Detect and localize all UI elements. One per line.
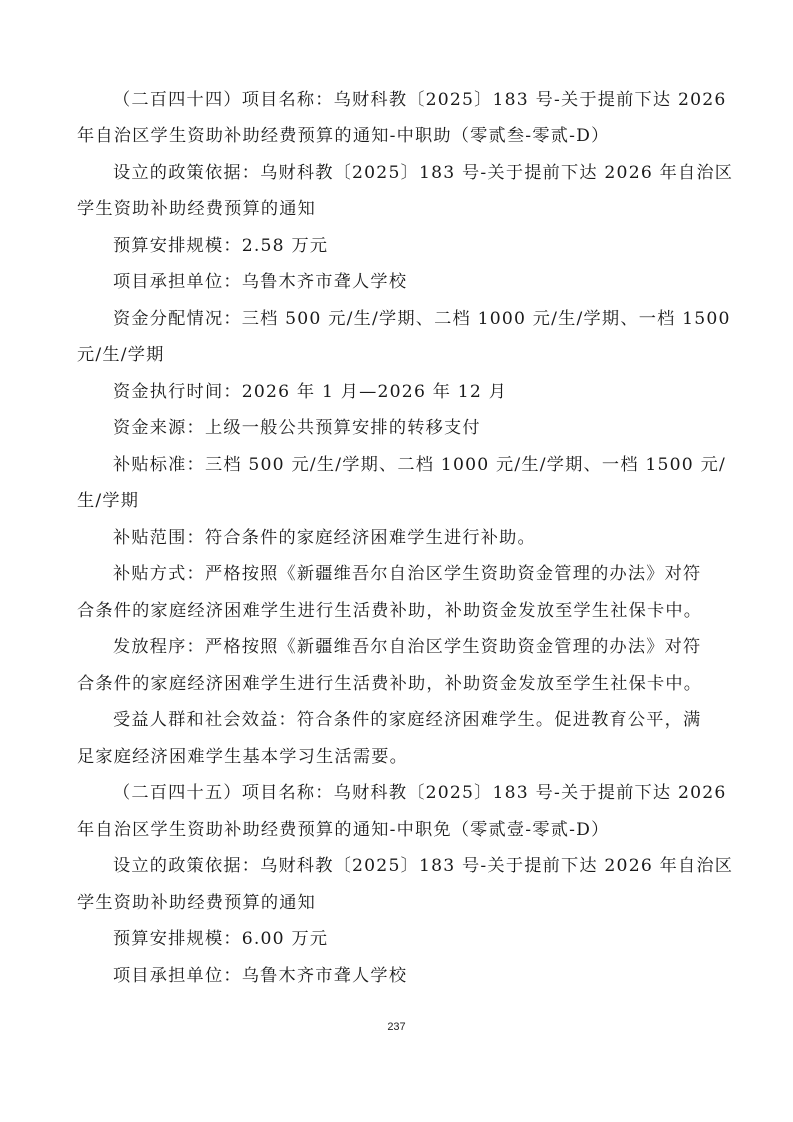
- project-244-subsidy-method-line-1: 补贴方式：严格按照《新疆维吾尔自治区学生资助资金管理的办法》对符: [113, 563, 753, 585]
- project-244-distribution-procedure-line-2: 合条件的家庭经济困难学生进行生活费补助，补助资金发放至学生社保卡中。: [77, 673, 717, 695]
- project-244-execution-period: 资金执行时间：2026 年 1 月—2026 年 12 月: [113, 381, 753, 403]
- project-245-title-line-2: 年自治区学生资助补助经费预算的通知-中职免（零贰壹-零贰-D）: [77, 819, 717, 841]
- project-245-title-line-1: （二百四十五）项目名称：乌财科教〔2025〕183 号-关于提前下达 2026: [113, 782, 753, 804]
- project-244-fund-allocation-line-2: 元/生/学期: [77, 344, 717, 366]
- project-244-subsidy-method-line-2: 合条件的家庭经济困难学生进行生活费补助，补助资金发放至学生社保卡中。: [77, 600, 717, 622]
- project-244-policy-basis-line-1: 设立的政策依据：乌财科教〔2025〕183 号-关于提前下达 2026 年自治区: [113, 162, 753, 184]
- project-244-subsidy-standard-line-2: 生/学期: [77, 490, 717, 512]
- project-245-policy-basis-line-2: 学生资助补助经费预算的通知: [77, 892, 717, 914]
- project-244-beneficiaries-line-2: 足家庭经济困难学生基本学习生活需要。: [77, 746, 717, 768]
- project-244-responsible-unit: 项目承担单位：乌鲁木齐市聋人学校: [113, 271, 753, 293]
- page-number: 237: [0, 1021, 793, 1033]
- project-244-fund-source: 资金来源：上级一般公共预算安排的转移支付: [113, 417, 753, 439]
- project-244-policy-basis-line-2: 学生资助补助经费预算的通知: [77, 198, 717, 220]
- project-244-subsidy-standard-line-1: 补贴标准：三档 500 元/生/学期、二档 1000 元/生/学期、一档 150…: [113, 454, 753, 476]
- project-245-responsible-unit: 项目承担单位：乌鲁木齐市聋人学校: [113, 965, 753, 987]
- project-244-title-line-2: 年自治区学生资助补助经费预算的通知-中职助（零贰叁-零贰-D）: [77, 125, 717, 147]
- project-245-policy-basis-line-1: 设立的政策依据：乌财科教〔2025〕183 号-关于提前下达 2026 年自治区: [113, 855, 753, 877]
- project-244-fund-allocation-line-1: 资金分配情况：三档 500 元/生/学期、二档 1000 元/生/学期、一档 1…: [113, 308, 753, 330]
- document-page: （二百四十四）项目名称：乌财科教〔2025〕183 号-关于提前下达 2026 …: [0, 0, 793, 1122]
- project-244-budget-scale: 预算安排规模：2.58 万元: [113, 235, 753, 257]
- project-245-budget-scale: 预算安排规模：6.00 万元: [113, 928, 753, 950]
- project-244-title-line-1: （二百四十四）项目名称：乌财科教〔2025〕183 号-关于提前下达 2026: [113, 89, 753, 111]
- project-244-beneficiaries-line-1: 受益人群和社会效益：符合条件的家庭经济困难学生。促进教育公平，满: [113, 709, 753, 731]
- project-244-subsidy-scope: 补贴范围：符合条件的家庭经济困难学生进行补助。: [113, 527, 753, 549]
- project-244-distribution-procedure-line-1: 发放程序：严格按照《新疆维吾尔自治区学生资助资金管理的办法》对符: [113, 636, 753, 658]
